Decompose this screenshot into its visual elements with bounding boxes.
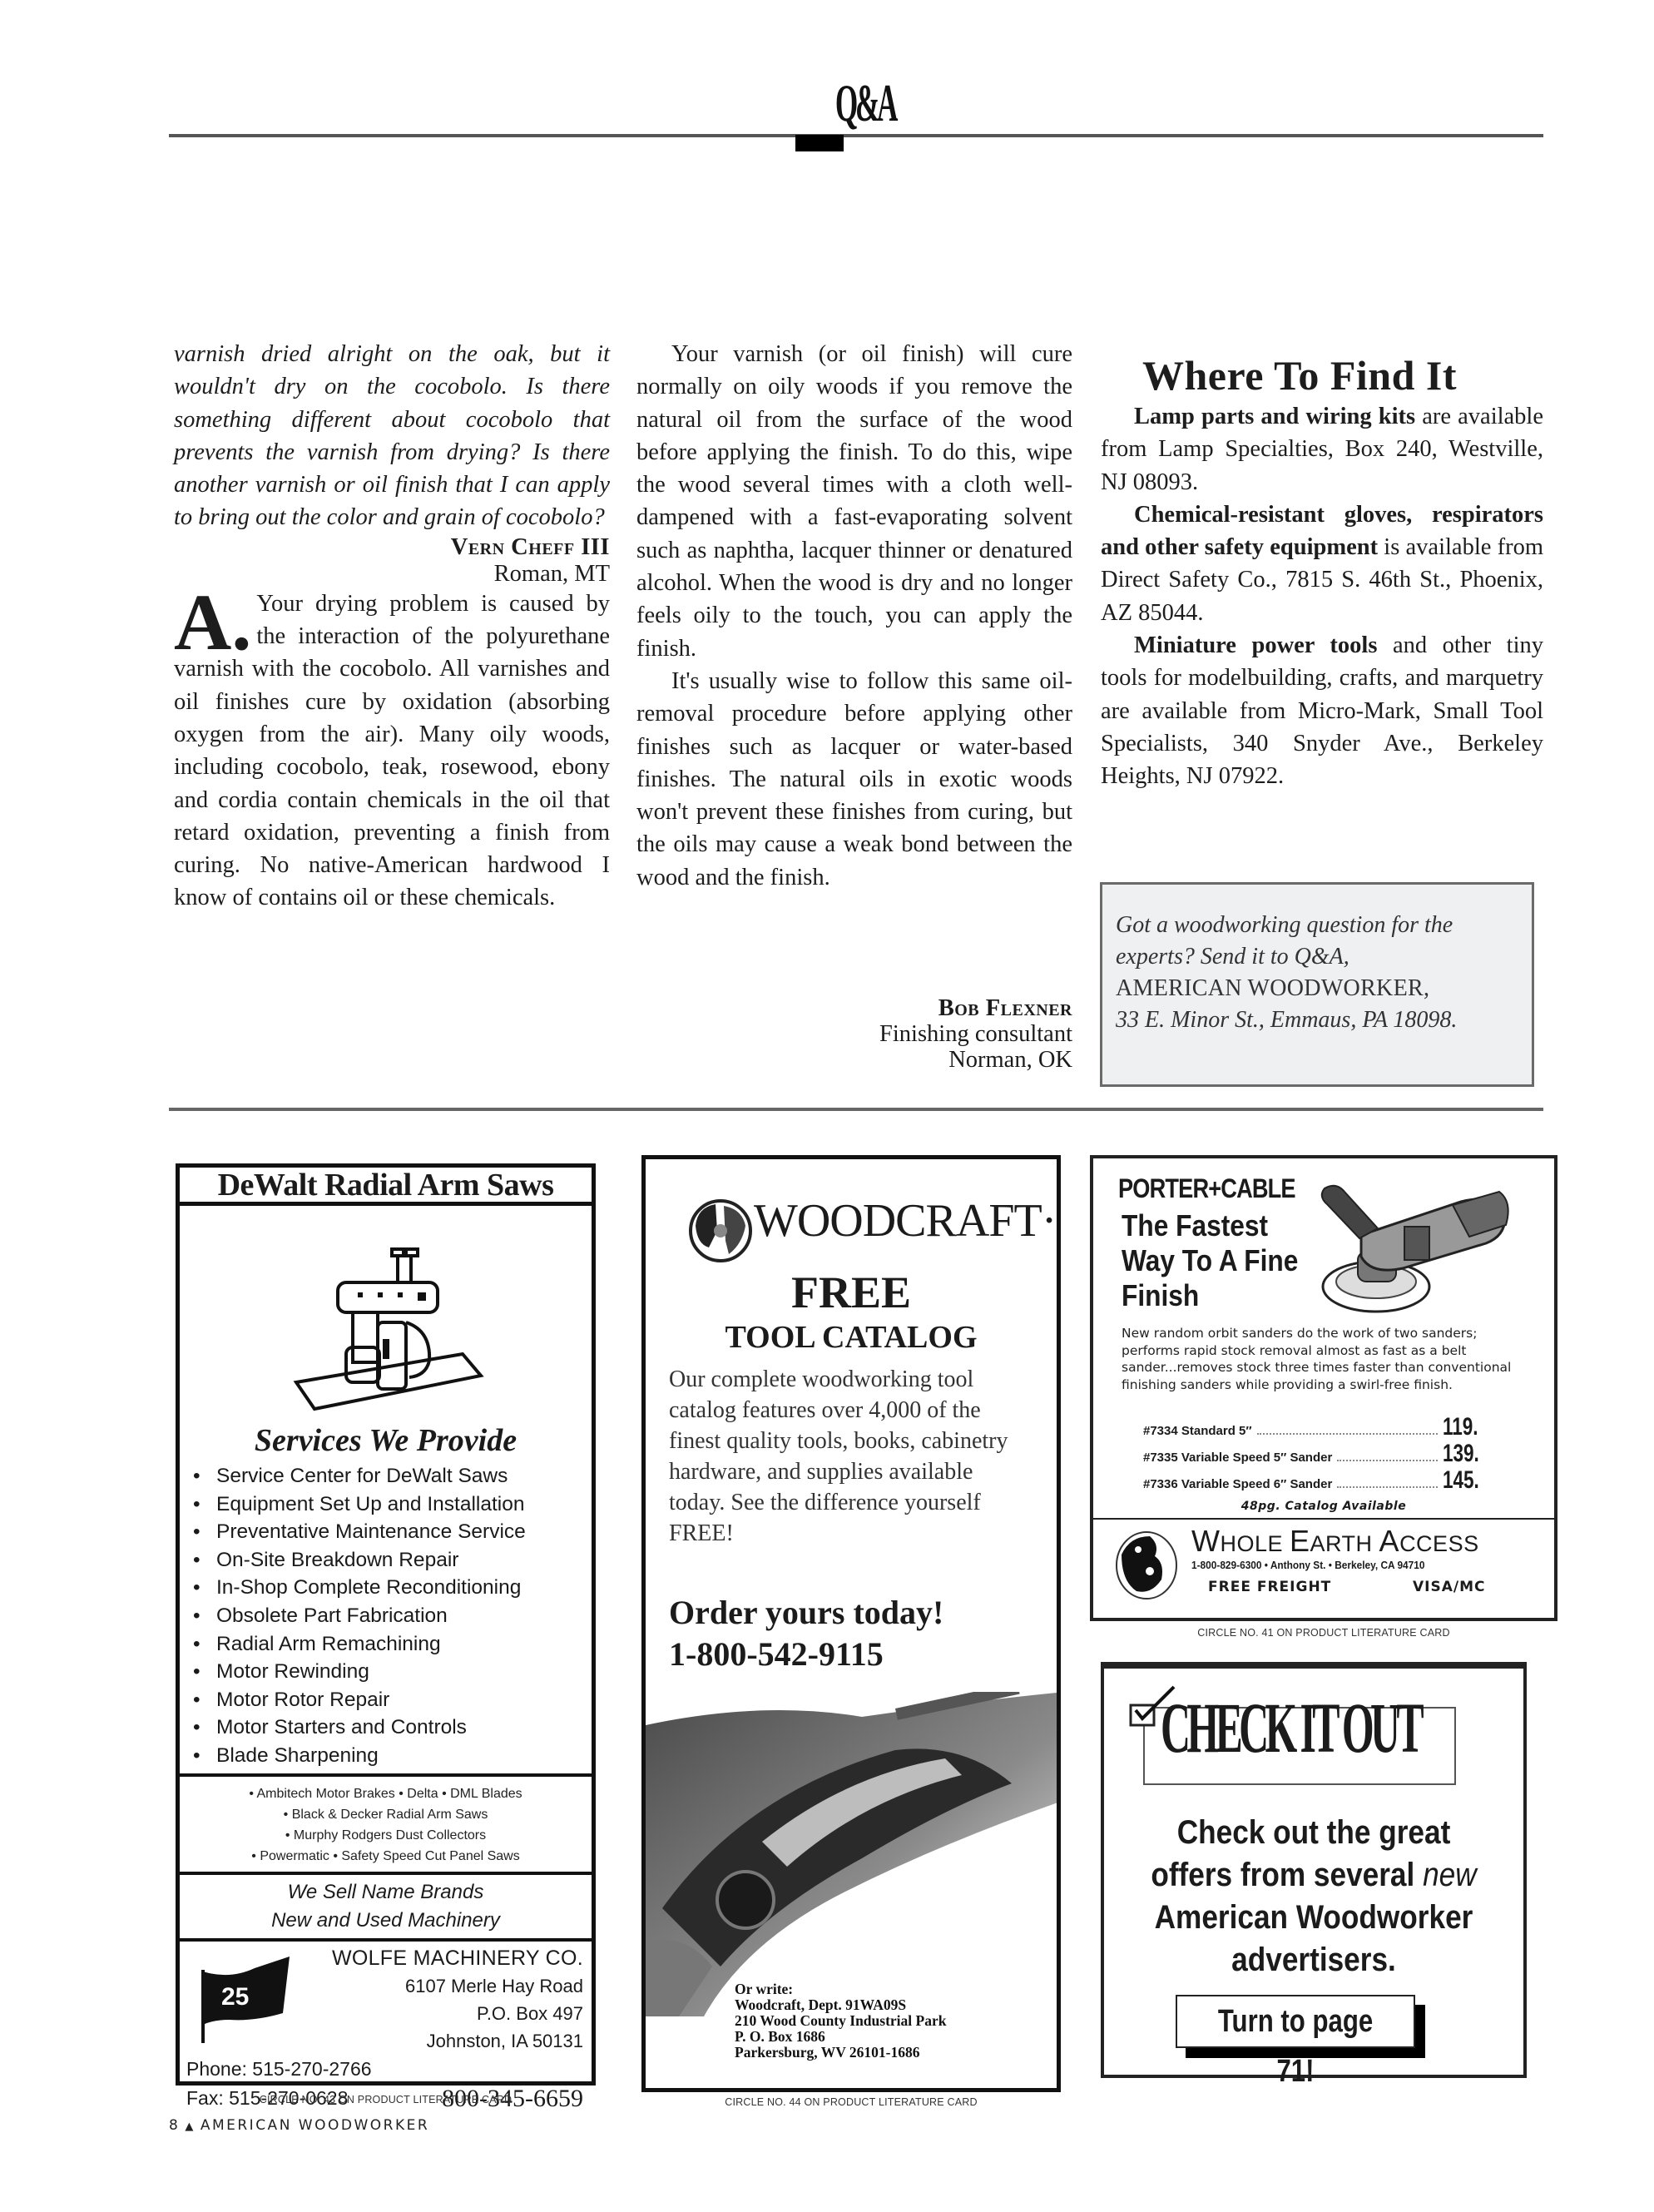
answer-paragraph-1: A.Your drying problem is caused by the i… [174,588,610,915]
page-footer: 8▲AMERICAN WOODWORKER [169,2117,429,2134]
company-address: WOLFE MACHINERY CO. 6107 Merle Hay Road … [332,1945,583,2055]
flag-logo-icon: 25 [196,1953,296,2045]
header-rule [169,134,1543,137]
ad-dewalt-title: DeWalt Radial Arm Saws [180,1168,592,1206]
question-location: Roman, MT [494,561,610,587]
woodcraft-mailing-address: Or write: Woodcraft, Dept. 91WA09S 210 W… [735,1981,946,2061]
source-item-safety-equipment: Chemical-resistant gloves, respirators a… [1101,498,1543,629]
turn-to-page-button[interactable]: Turn to page 71! [1176,1995,1415,2048]
source-item-miniature-tools: Miniature power tools and other tiny too… [1101,629,1543,792]
free-freight-label: FREE FREIGHT [1208,1579,1331,1595]
magazine-name: AMERICAN WOODWORKER, [1116,975,1429,1001]
svg-text:25: 25 [221,1983,249,2011]
woodcraft-logo-icon [687,1198,754,1264]
ad-check-it-out[interactable]: CHECK IT OUT Check out the great offers … [1101,1662,1527,2078]
porter-cable-brand: PORTER+CABLE [1118,1173,1295,1204]
product-row: #7335 Variable Speed 5″ Sander139. [1143,1440,1493,1466]
answer-author: Bob Flexner [938,995,1072,1021]
check-it-out-logo: CHECK IT OUT [1161,1692,1420,1763]
article-column-1: varnish dried alright on the oak, but it… [174,338,610,915]
header-block-decoration [795,135,844,151]
publication-name: AMERICAN WOODWORKER [201,2117,429,2134]
answer-paragraph-2: Your varnish (or oil finish) will cure n… [636,338,1072,665]
service-item: Preventative Maintenance Service [193,1518,592,1546]
service-item: Motor Rotor Repair [193,1686,592,1714]
page-number: 8 [169,2117,180,2134]
dealer-contact: 1-800-829-6300 • Anthony St. • Berkeley,… [1191,1560,1424,1571]
product-row: #7336 Variable Speed 6″ Sander145. [1143,1466,1493,1493]
payment-methods-label: VISA/MC [1413,1579,1485,1595]
circle-note-41: CIRCLE NO. 41 ON PRODUCT LITERATURE CARD [1090,1627,1557,1639]
submit-question-box: Got a woodworking question for the exper… [1100,882,1534,1087]
where-to-find-it-title: Where To Find It [1142,354,1543,397]
woodcraft-brand: WOODCRAFT· [754,1196,1056,1246]
section-title: Q&A [825,77,907,130]
circle-note-43: CIRCLE NO. 43 ON PRODUCT LITERATURE CARD [176,2094,596,2105]
services-title: Services We Provide [180,1424,592,1457]
magazine-address: 33 E. Minor St., Emmaus, PA 18098. [1116,1007,1457,1033]
section-divider [169,1108,1543,1111]
ad-divider [1093,1518,1554,1520]
random-orbit-sander-icon [1311,1177,1516,1318]
service-item: Obsolete Part Fabrication [193,1602,592,1630]
ad-woodcraft[interactable]: WOODCRAFT· FREE TOOL CATALOG Our complet… [641,1155,1061,2092]
woodcraft-phone[interactable]: 1-800-542-9115 [669,1634,884,1675]
woodcraft-body: Our complete woodworking tool catalog fe… [669,1364,1018,1549]
woodcraft-order-cta: Order yours today! [669,1592,943,1634]
check-it-out-message: Check out the great offers from several … [1129,1812,1498,1981]
product-row: #7334 Standard 5″119. [1143,1413,1493,1440]
service-item: Motor Starters and Controls [193,1714,592,1742]
submit-question-prompt: Got a woodworking question for the exper… [1116,912,1453,970]
woodcraft-tools-photo [646,1692,1057,2016]
source-item-lamp-parts: Lamp parts and wiring kits are available… [1101,400,1543,498]
globe-logo-icon [1113,1530,1180,1601]
question-author: Vern Cheff III [451,534,610,560]
phone-number: Phone: 515-270-2766 [186,2055,372,2084]
services-list: Service Center for DeWalt Saws Equipment… [193,1462,592,1770]
company-name: WOLFE MACHINERY CO. [332,1945,583,1972]
porter-cable-headline: The Fastest Way To A Fine Finish [1122,1208,1298,1313]
answer-paragraph-3: It's usually wise to follow this same oi… [636,665,1072,894]
answer-location: Norman, OK [948,1047,1072,1073]
service-item: In-Shop Complete Reconditioning [193,1574,592,1602]
brand-list: • Ambitech Motor Brakes • Delta • DML Bl… [180,1773,592,1872]
triangle-icon: ▲ [185,2120,196,2133]
service-item: Radial Arm Remachining [193,1630,592,1659]
service-item: Blade Sharpening [193,1742,592,1770]
answer-signature: Bob Flexner Finishing consultant Norman,… [636,995,1072,1073]
product-price-list: #7334 Standard 5″119. #7335 Variable Spe… [1143,1413,1493,1493]
woodcraft-free-heading: FREE [646,1267,1057,1317]
ad-wolfe-machinery[interactable]: DeWalt Radial Arm Saws [176,1163,596,2086]
ad-motto: We Sell Name Brands New and Used Machine… [180,1872,592,1942]
answer-dropcap: A. [174,593,251,652]
whole-earth-access-brand: WHOLE EARTH ACCESS [1191,1525,1479,1560]
radial-arm-saw-icon [180,1206,592,1424]
woodcraft-catalog-heading: TOOL CATALOG [646,1319,1057,1356]
service-item: Motor Rewinding [193,1658,592,1686]
service-item: Service Center for DeWalt Saws [193,1462,592,1490]
answer-author-title: Finishing consultant [879,1021,1072,1047]
circle-note-44: CIRCLE NO. 44 ON PRODUCT LITERATURE CARD [641,2096,1061,2108]
article-column-2: Your varnish (or oil finish) will cure n… [636,338,1072,894]
catalog-available-note: 48pg. Catalog Available [1093,1500,1554,1513]
question-text: varnish dried alright on the oak, but it… [174,338,610,534]
ad-porter-cable[interactable]: PORTER+CABLE The Fastest Way To A Fine F… [1090,1155,1557,1621]
where-to-find-it: Where To Find It Lamp parts and wiring k… [1101,354,1543,793]
service-item: On-Site Breakdown Repair [193,1546,592,1575]
service-item: Equipment Set Up and Installation [193,1490,592,1519]
porter-cable-description: New random orbit sanders do the work of … [1122,1325,1538,1393]
